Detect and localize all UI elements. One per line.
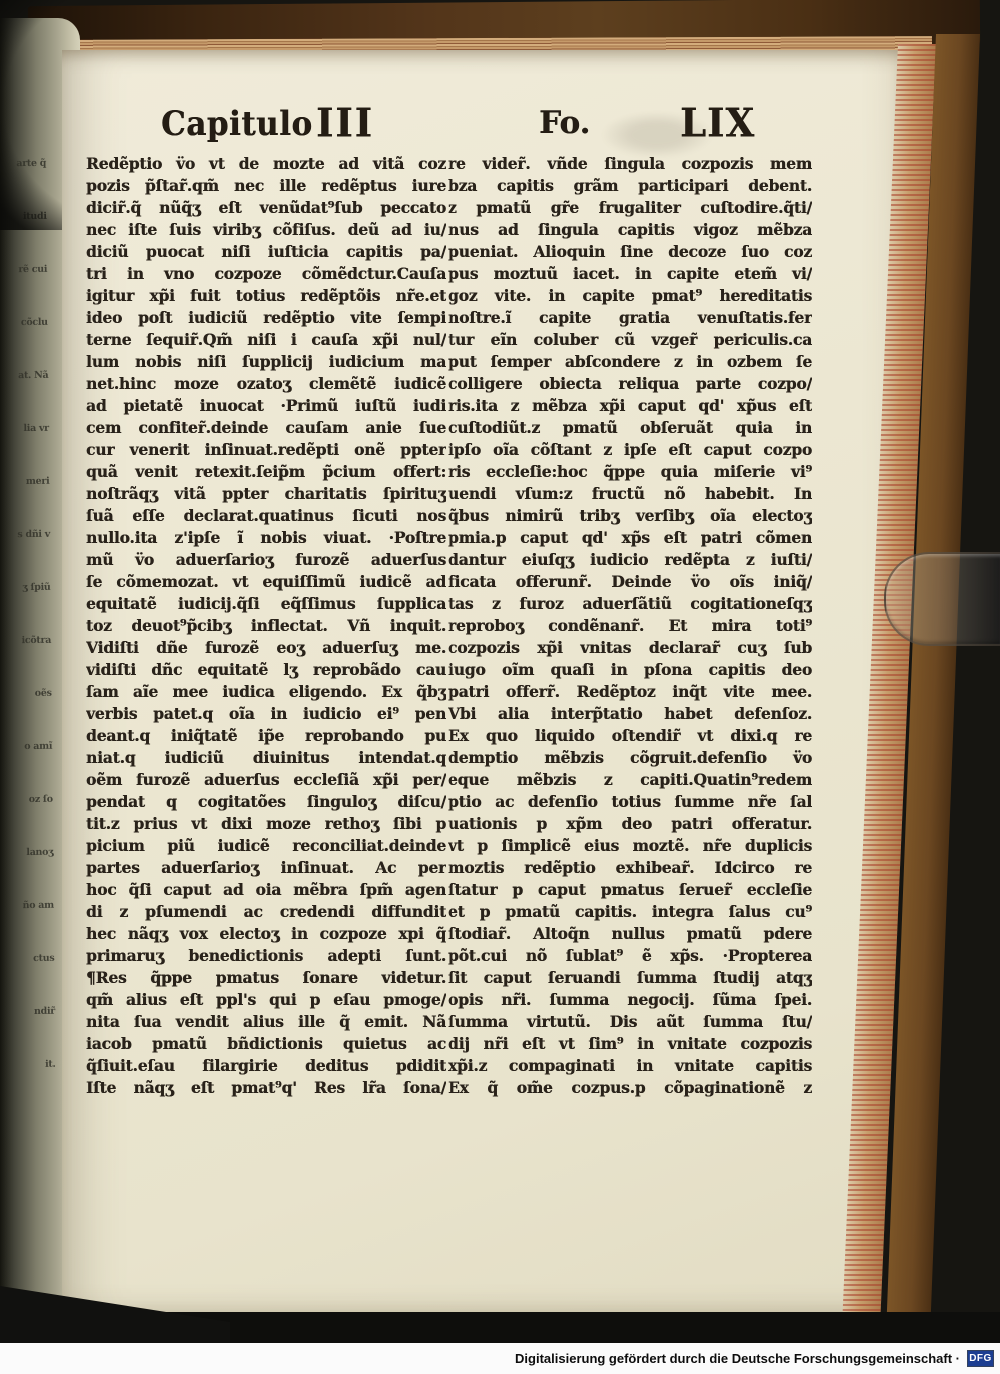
chapter-numeral: III [316,104,374,143]
folio-label: Fo. [539,108,590,139]
digitization-credit-bar: Digitalisierung gefördert durch die Deut… [0,1343,1000,1374]
chapter-heading: Capitulo [161,108,313,141]
dfg-logo: DFG [967,1350,994,1367]
facing-page-text-fragments: arte q̃itudirẽ cuicõcluat. Nãlia vrmeris… [0,158,61,1113]
book-scan: arte q̃itudirẽ cuicõcluat. Nãlia vrmeris… [0,0,1000,1374]
text-column-right: re vider̃. vñde ſingula cozpozis membza … [448,154,812,1100]
book-page: Capitulo III Fo. LIX Redẽptio v̈o vt de … [62,50,900,1316]
page-holder-clip [884,552,1000,646]
folio-numeral: LIX [680,104,755,143]
credit-text: Digitalisierung gefördert durch die Deut… [515,1351,960,1366]
text-column-left: Redẽptio v̈o vt de mozte ad vitã cozpozi… [86,154,446,1100]
